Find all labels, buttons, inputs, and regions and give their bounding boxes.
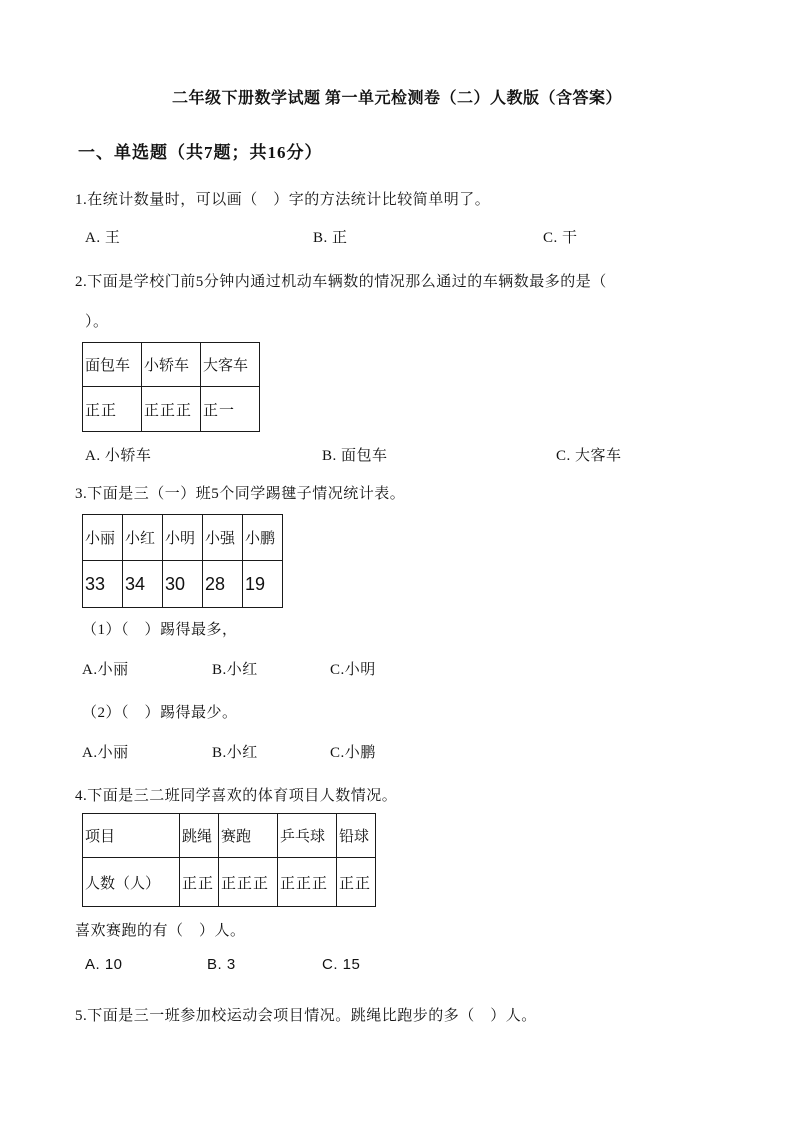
count-cell: 30 <box>163 561 203 608</box>
table-header-cell: 铅球 <box>337 814 376 858</box>
question-4-options: A. 10 B. 3 C. 15 <box>0 956 794 978</box>
question-3-sub1-text: （1）（ ）踢得最多， <box>82 618 238 639</box>
q3-shuttlecock-table: 小丽 小红 小明 小强 小鹏 33 34 30 28 19 <box>82 514 283 608</box>
question-4-text: 4.下面是三二班同学喜欢的体育项目人数情况。 <box>75 784 397 805</box>
count-cell: 34 <box>123 561 163 608</box>
table-header-cell: 赛跑 <box>219 814 278 858</box>
table-row: 正正 正正正 正一 <box>83 387 260 432</box>
question-5-text: 5.下面是三一班参加校运动会项目情况。跳绳比跑步的多（ ）人。 <box>75 1004 537 1025</box>
tally-cell: 正正 <box>180 858 219 907</box>
question-1-option-a: A. 王 <box>85 226 120 247</box>
question-4-caption: 喜欢赛跑的有（ ）人。 <box>75 919 246 940</box>
question-2-text-line2: ）。 <box>85 310 109 331</box>
test-paper-page: 二年级下册数学试题 第一单元检测卷（二）人教版（含答案） 一、单选题（共7题；共… <box>0 0 794 1123</box>
question-4-option-b: B. 3 <box>207 956 236 973</box>
question-2-option-c: C. 大客车 <box>556 444 622 465</box>
question-1-options: A. 王 B. 正 C. 干 <box>0 226 794 248</box>
tally-cell: 正正 <box>337 858 376 907</box>
count-cell: 33 <box>83 561 123 608</box>
question-3-text: 3.下面是三（一）班5个同学踢毽子情况统计表。 <box>75 482 405 503</box>
question-3-sub2-options: A.小丽 B.小红 C.小鹏 <box>0 741 794 763</box>
tally-cell: 正正 <box>83 387 142 432</box>
question-1-option-c: C. 干 <box>543 226 578 247</box>
table-header-cell: 面包车 <box>83 343 142 387</box>
question-3-sub2-option-c: C.小鹏 <box>330 741 376 762</box>
count-cell: 19 <box>243 561 283 608</box>
count-cell: 28 <box>203 561 243 608</box>
question-4-option-c: C. 15 <box>322 956 360 973</box>
table-header-cell: 小丽 <box>83 515 123 561</box>
table-header-cell: 大客车 <box>201 343 260 387</box>
q4-sports-tally-table: 项目 跳绳 赛跑 乒乓球 铅球 人数（人） 正正 正正正 正正正 正正 <box>82 813 376 907</box>
question-4-option-a: A. 10 <box>85 956 123 973</box>
question-2-option-a: A. 小轿车 <box>85 444 151 465</box>
question-3-sub1-option-c: C.小明 <box>330 658 376 679</box>
question-3-sub1-option-a: A.小丽 <box>82 658 129 679</box>
question-3-sub2-option-b: B.小红 <box>212 741 258 762</box>
q2-vehicle-tally-table: 面包车 小轿车 大客车 正正 正正正 正一 <box>82 342 260 432</box>
table-header-cell: 小强 <box>203 515 243 561</box>
table-header-cell: 小红 <box>123 515 163 561</box>
table-header-cell: 小明 <box>163 515 203 561</box>
tally-cell: 正一 <box>201 387 260 432</box>
question-1-option-b: B. 正 <box>313 226 348 247</box>
question-3-sub2-option-a: A.小丽 <box>82 741 129 762</box>
tally-cell: 正正正 <box>142 387 201 432</box>
table-header-cell: 小鹏 <box>243 515 283 561</box>
table-header-cell: 跳绳 <box>180 814 219 858</box>
question-2-options: A. 小轿车 B. 面包车 C. 大客车 <box>0 444 794 466</box>
table-row: 面包车 小轿车 大客车 <box>83 343 260 387</box>
table-header-cell: 项目 <box>83 814 180 858</box>
table-row: 人数（人） 正正 正正正 正正正 正正 <box>83 858 376 907</box>
tally-cell: 正正正 <box>219 858 278 907</box>
table-header-cell: 乒乓球 <box>278 814 337 858</box>
section-heading: 一、单选题（共7题；共16分） <box>78 138 323 163</box>
question-3-sub2-text: （2）（ ）踢得最少。 <box>82 701 238 722</box>
question-1-text: 1.在统计数量时，可以画（ ）字的方法统计比较简单明了。 <box>75 188 490 209</box>
question-3-sub1-option-b: B.小红 <box>212 658 258 679</box>
page-title: 二年级下册数学试题 第一单元检测卷（二）人教版（含答案） <box>0 85 794 108</box>
table-row: 小丽 小红 小明 小强 小鹏 <box>83 515 283 561</box>
tally-cell: 正正正 <box>278 858 337 907</box>
table-header-cell: 小轿车 <box>142 343 201 387</box>
question-2-option-b: B. 面包车 <box>322 444 388 465</box>
question-2-text-line1: 2.下面是学校门前5分钟内通过机动车辆数的情况那么通过的车辆数最多的是（ <box>75 270 607 291</box>
table-row: 项目 跳绳 赛跑 乒乓球 铅球 <box>83 814 376 858</box>
question-3-sub1-options: A.小丽 B.小红 C.小明 <box>0 658 794 680</box>
row-label-cell: 人数（人） <box>83 858 180 907</box>
table-row: 33 34 30 28 19 <box>83 561 283 608</box>
